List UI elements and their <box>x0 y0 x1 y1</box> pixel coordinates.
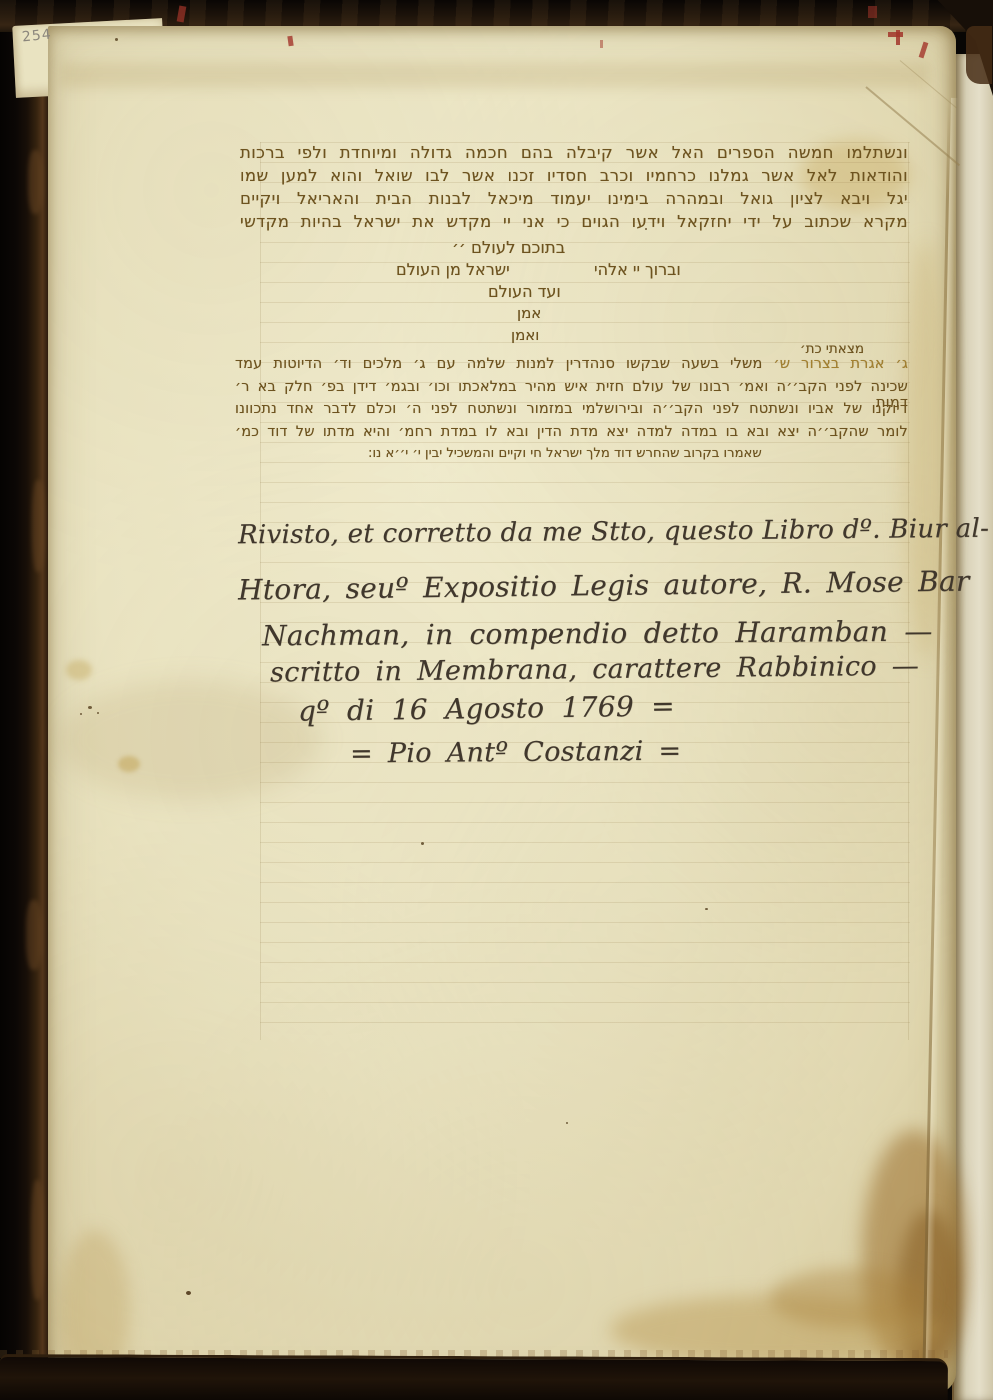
stain <box>66 660 92 680</box>
hebrew-colophon-line: והודאות לאל אשר גמלנו כרחמיו וכרב חסדיו … <box>240 166 908 189</box>
leather-patch <box>32 480 45 572</box>
stain <box>118 756 140 772</box>
hebrew-colophon-closing: בתוכם לעולם ׳׳ <box>452 238 565 257</box>
hebrew-note-heading: מצאתי כת׳ <box>800 341 864 357</box>
hebrew-note-line: לומר שהקב׳׳ה יצא ובא בו במדה למדה יצא מד… <box>235 424 908 447</box>
binding-corner-turn-in <box>966 26 992 84</box>
binding-bottom <box>0 1354 948 1400</box>
blessing-line-2: ועד העולם <box>488 282 561 301</box>
censor-signature: = Pio Antº Costanzi = <box>350 736 682 770</box>
hebrew-note-line: ג׳ אגרת בצרור ש׳ משלי בשעה שבקשו סנהדרין… <box>235 356 908 379</box>
leather-patch <box>26 900 42 970</box>
censor-note-line: Nachman, in compendio detto Haramban — <box>262 615 933 653</box>
red-edge-mark <box>600 40 603 48</box>
speck <box>97 712 99 714</box>
speck <box>115 38 118 41</box>
stain <box>770 1268 930 1328</box>
blessing-right-segment: וברוך יי אלהי <box>594 260 681 279</box>
red-edge-mark <box>896 30 900 45</box>
manuscript-photo: 254 ונשתלמו חמשה הספרים האל אשר קיבלה בה… <box>0 0 993 1400</box>
hebrew-colophon-line: מקרא שכתוב על ידי יחזקאל וידעו הגוים כי … <box>240 212 908 235</box>
speck <box>88 706 92 709</box>
binding-spine-left <box>0 0 52 1400</box>
hebrew-colophon-line: ונשתלמו חמשה הספרים האל אשר קיבלה בהם חכ… <box>240 143 908 166</box>
hebrew-note-line: דיוקנו של אביו ונשתטח לפני הקב׳׳ה ובירוש… <box>235 401 908 424</box>
hebrew-note-opening: ג׳ אגרת בצרור ש׳ <box>763 356 908 372</box>
leather-patch <box>31 1180 44 1300</box>
hebrew-note-closing: שאמרו בקרוב שהחרש דוד מלך ישראל חי וקיים… <box>368 446 762 461</box>
red-edge-mark <box>868 6 877 18</box>
leather-patch <box>28 150 43 214</box>
veamen-line: ואמן <box>511 326 539 344</box>
speck <box>186 1291 191 1295</box>
speck <box>80 713 82 715</box>
folio-number: 254 <box>21 26 52 45</box>
hebrew-colophon-line: יגל ויבא לציון גואל ובמהרה בימינו יעמוד … <box>240 189 908 212</box>
stain <box>60 62 930 88</box>
hebrew-note-line-rest: משלי בשעה שבקשו סנהדרין למנות שלמה עם ג׳… <box>235 356 763 372</box>
hebrew-note-line: שכינה לפני הקב׳׳ה ואמ׳ רבונו של עולם חזי… <box>235 379 908 402</box>
blessing-left-segment: ישראל מן העולם <box>396 260 510 279</box>
speck <box>566 1122 568 1124</box>
censor-note-date-line: qº di 16 Agosto 1769 = <box>298 689 675 727</box>
amen-line: אמן <box>517 304 541 322</box>
